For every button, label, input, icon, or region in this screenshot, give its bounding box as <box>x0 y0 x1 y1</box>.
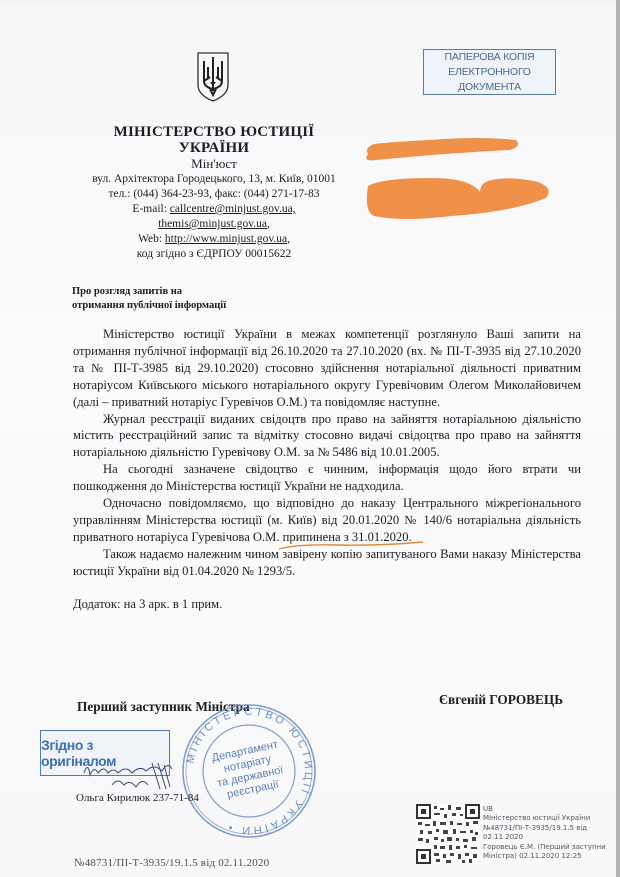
ep-line-signer: Горовець Є.М. (Перший заступни <box>483 843 618 852</box>
web-link[interactable]: http://www.minjust.gov.ua <box>165 233 287 245</box>
letter-subject: Про розгляд запитів на отримання публічн… <box>72 285 226 313</box>
handwritten-underline <box>277 541 427 551</box>
ministry-edrpou: код згідно з ЄДРПОУ 00015622 <box>64 247 364 262</box>
ministry-short-name: Мін'юст <box>64 156 364 172</box>
email-link-themis[interactable]: themis@minjust.gov.ua <box>158 218 267 230</box>
body-paragraph: Журнал реєстрації виданих свідоцтв про п… <box>73 411 581 462</box>
ministry-web-line: Web: http://www.minjust.gov.ua, <box>64 232 364 247</box>
ep-line-ub: UB <box>483 805 618 814</box>
paper-copy-stamp-line2: ЕЛЕКТРОННОГО ДОКУМЕНТА <box>424 65 555 95</box>
web-suffix: , <box>287 233 290 245</box>
web-label: Web: <box>138 233 165 245</box>
ministry-name-line1: МІНІСТЕРСТВО ЮСТИЦІЇ <box>64 124 364 140</box>
ep-line-ministry: Міністерство юстиції України <box>483 814 618 823</box>
email-label: E-mail: <box>132 203 169 215</box>
body-paragraph: Міністерство юстиції України в межах ком… <box>73 326 581 411</box>
ministry-name-line2: УКРАЇНИ <box>64 140 364 156</box>
email2-suffix: , <box>267 218 270 230</box>
body-paragraph: На сьогодні зазначене свідоцтво є чинним… <box>73 461 581 495</box>
highlighted-termination-date: припинена з 31.01.2020. <box>283 530 412 544</box>
handwritten-signature <box>82 759 182 795</box>
ministry-email-line: E-mail: callcentre@minjust.gov.ua, <box>64 202 364 217</box>
ministry-email2-line: themis@minjust.gov.ua, <box>64 217 364 232</box>
subject-line1: Про розгляд запитів на <box>72 285 226 299</box>
recipient-redaction-1 <box>360 134 522 164</box>
recipient-redaction-2 <box>362 172 552 222</box>
electronic-signature-details: UB Міністерство юстиції України №48731/П… <box>483 805 618 861</box>
paper-copy-stamp-line1: ПАПЕРОВА КОПІЯ <box>424 50 555 65</box>
ministry-phone-fax: тел.: (044) 364-23-93, факс: (044) 271-1… <box>64 187 364 202</box>
ep-line-number: №48731/ПІ-Т-3935/19.1.5 від <box>483 824 618 833</box>
body-paragraph-termination: Одночасно повідомляємо, що відповідно до… <box>73 495 581 546</box>
scan-edge-shadow <box>616 0 620 877</box>
email-link-callcentre[interactable]: callcentre@minjust.gov.ua, <box>170 203 296 215</box>
executor-contact: Ольга Кирилюк 237-71-84 <box>76 792 199 804</box>
footer-reference-number: №48731/ПІ-Т-3935/19.1.5 від 02.11.2020 <box>74 857 269 869</box>
ep-line-signed-at: Міністра) 02.11.2020 12:25 <box>483 852 618 861</box>
signatory-name: Євгеній ГОРОВЕЦЬ <box>439 692 563 708</box>
subject-line2: отримання публічної інформації <box>72 299 226 313</box>
ministry-letterhead: МІНІСТЕРСТВО ЮСТИЦІЇ УКРАЇНИ Мін'юст вул… <box>64 124 364 262</box>
ministry-address: вул. Архітектора Городецького, 13, м. Ки… <box>64 172 364 187</box>
attachment-note: Додаток: на 3 арк. в 1 прим. <box>73 596 581 613</box>
letter-body: Міністерство юстиції України в межах ком… <box>73 326 581 613</box>
paper-copy-stamp: ПАПЕРОВА КОПІЯ ЕЛЕКТРОННОГО ДОКУМЕНТА <box>423 49 556 95</box>
qr-code-icon[interactable] <box>416 804 480 864</box>
trident-coat-of-arms-icon <box>196 51 230 103</box>
ep-line-date: 02.11.2020 <box>483 833 618 842</box>
document-page: МІНІСТЕРСТВО ЮСТИЦІЇ УКРАЇНИ Мін'юст вул… <box>0 4 618 877</box>
round-seal-stamp: МІНІСТЕРСТВО ЮСТИЦІЇ УКРАЇНИ • Департаме… <box>180 702 318 840</box>
